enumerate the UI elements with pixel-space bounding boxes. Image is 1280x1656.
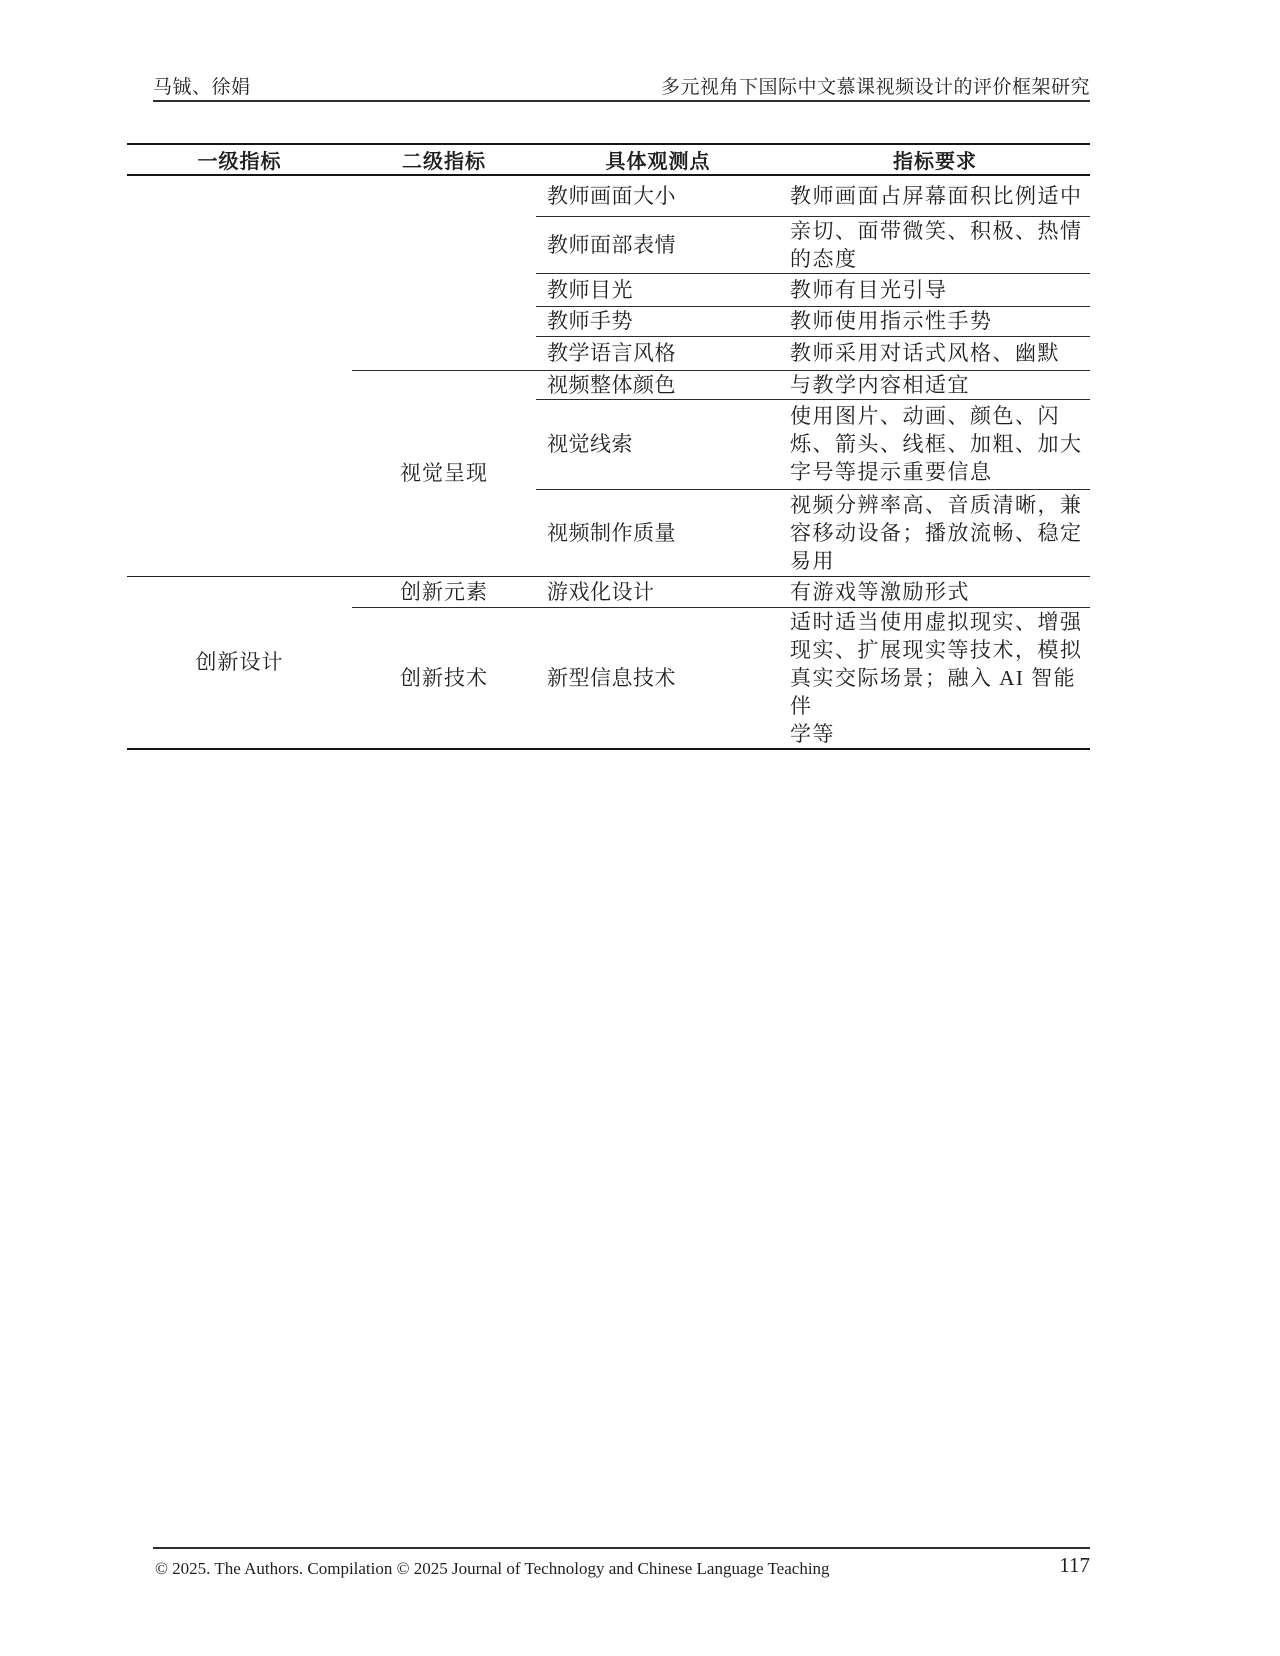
cell-requirement: 教师画面占屏幕面积比例适中 — [780, 175, 1090, 216]
cell-requirement: 教师有目光引导 — [780, 273, 1090, 306]
table-header-row: 一级指标 二级指标 具体观测点 指标要求 — [127, 144, 1090, 175]
cell-requirement: 视频分辨率高、音质清晰，兼 容移动设备；播放流畅、稳定 易用 — [780, 489, 1090, 576]
cell-point: 游戏化设计 — [536, 576, 780, 607]
cell-requirement: 适时适当使用虚拟现实、增强 现实、扩展现实等技术，模拟 真实交际场景；融入 AI… — [780, 607, 1090, 749]
column-header-observation-point: 具体观测点 — [536, 144, 780, 175]
footer-page-number: 117 — [1059, 1553, 1090, 1578]
cell-point: 教学语言风格 — [536, 336, 780, 370]
cell-level2-innovation-technology: 创新技术 — [352, 607, 536, 749]
cell-level2-visual-presentation: 视觉呈现 — [352, 370, 536, 576]
cell-point: 教师手势 — [536, 306, 780, 336]
column-header-requirement: 指标要求 — [780, 144, 1090, 175]
evaluation-indicator-table: 一级指标 二级指标 具体观测点 指标要求 教师画面大小 教师画面占屏幕面积比例适… — [127, 143, 1090, 750]
cell-requirement: 使用图片、动画、颜色、闪 烁、箭头、线框、加粗、加大 字号等提示重要信息 — [780, 399, 1090, 489]
cell-requirement: 教师采用对话式风格、幽默 — [780, 336, 1090, 370]
cell-point: 教师画面大小 — [536, 175, 780, 216]
column-header-level2: 二级指标 — [352, 144, 536, 175]
footer-copyright: © 2025. The Authors. Compilation © 2025 … — [155, 1559, 830, 1579]
cell-point: 教师面部表情 — [536, 216, 780, 273]
header-rule — [153, 100, 1090, 102]
cell-level1-continued — [127, 175, 352, 576]
cell-point: 新型信息技术 — [536, 607, 780, 749]
cell-point: 视频整体颜色 — [536, 370, 780, 399]
cell-level1-innovation-design: 创新设计 — [127, 576, 352, 749]
cell-point: 视觉线索 — [536, 399, 780, 489]
column-header-level1: 一级指标 — [127, 144, 352, 175]
cell-requirement: 与教学内容相适宜 — [780, 370, 1090, 399]
cell-requirement: 亲切、面带微笑、积极、热情 的态度 — [780, 216, 1090, 273]
cell-level2-continued — [352, 175, 536, 370]
cell-requirement: 教师使用指示性手势 — [780, 306, 1090, 336]
running-head-title: 多元视角下国际中文慕课视频设计的评价框架研究 — [661, 72, 1090, 99]
footer-rule — [153, 1547, 1090, 1549]
cell-point: 教师目光 — [536, 273, 780, 306]
table-row: 创新设计 创新元素 游戏化设计 有游戏等激励形式 — [127, 576, 1090, 607]
cell-requirement: 有游戏等激励形式 — [780, 576, 1090, 607]
cell-level2-innovation-elements: 创新元素 — [352, 576, 536, 607]
cell-point: 视频制作质量 — [536, 489, 780, 576]
table-row: 教师画面大小 教师画面占屏幕面积比例适中 — [127, 175, 1090, 216]
running-head-authors: 马铖、徐娟 — [153, 72, 251, 99]
